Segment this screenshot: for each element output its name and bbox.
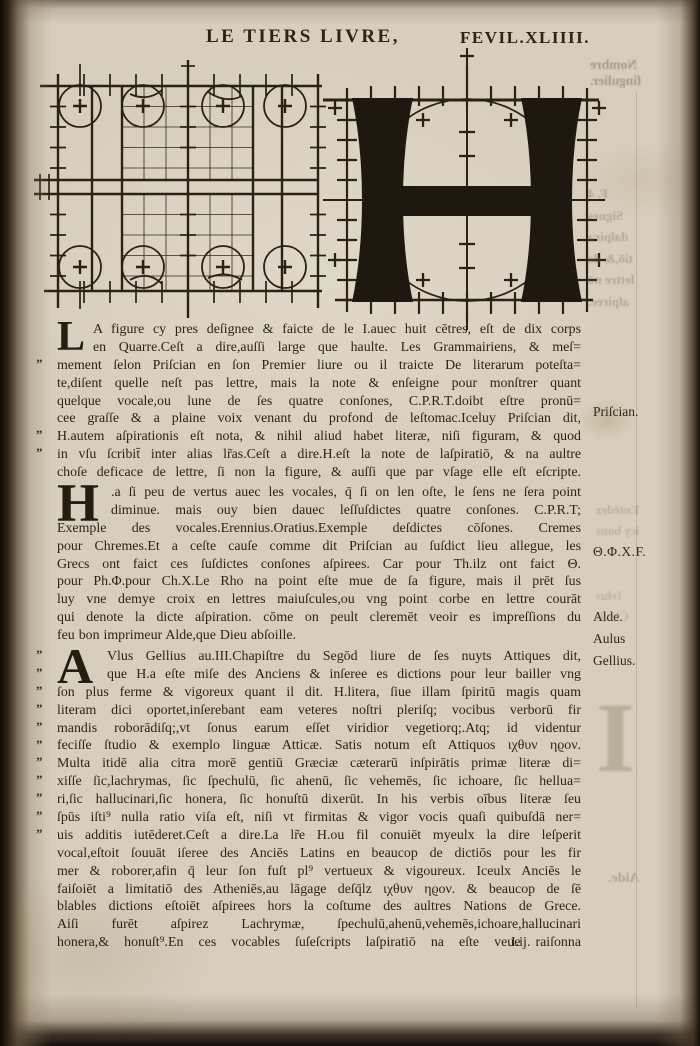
margin-quote-mark: ” bbox=[36, 665, 43, 681]
paragraph: LA figure cy pres deſignee & faicte de l… bbox=[57, 321, 581, 482]
text-line: faiſoiēt a limitatiō des Atheniēs,au lāg… bbox=[57, 881, 581, 899]
text-line: honera,& honuſt⁹.En ces vocables ſuſeſcr… bbox=[57, 934, 581, 952]
drop-cap: A bbox=[57, 646, 93, 687]
text-line: Aiſi furēt aſpirez Lachrymæ, ſpechulū,ah… bbox=[57, 916, 581, 934]
text-line: .a ſi peu de vertus auec les vocales, q̄… bbox=[57, 484, 581, 502]
text-line: literam dici oportet,inſerebant eam vete… bbox=[57, 702, 581, 720]
text-line: en Quarre.Ceſt a dire,auſſi large que ha… bbox=[57, 339, 581, 357]
text-line: ſon plus ferme & vigoreux quant il dit. … bbox=[57, 684, 581, 702]
text-line: feu bon imprimeur Alde,que Dieu abſoille… bbox=[57, 627, 581, 645]
margin-quote-mark: ” bbox=[36, 790, 43, 806]
book-page-scan: LE TIERS LIVRE, FEVIL.XLIIII. bbox=[0, 0, 700, 1046]
margin-quote-mark: ” bbox=[36, 772, 43, 788]
text-line: feciſſe ſtudio & exemplo linguæ Atticæ. … bbox=[57, 737, 581, 755]
letter-h-construction-diagram bbox=[30, 46, 330, 328]
text-line: diminue. mais ouy bien dauec leſſuſdicte… bbox=[57, 502, 581, 520]
drop-cap: H bbox=[57, 481, 99, 525]
text-line: vocal,eſtoit ſouuāt iſeree des Anciēs La… bbox=[57, 845, 581, 863]
text-line: quelque vocale,ou lune de ſes quatre con… bbox=[57, 393, 581, 411]
text-line: mement ſelon Priſcian en ſon Premier liu… bbox=[57, 357, 581, 375]
text-line: pour Ph.Φ.pour Ch.X.Le Rho na point eſte… bbox=[57, 573, 581, 591]
solid-letter-h-diagram bbox=[323, 40, 608, 340]
text-line: A figure cy pres deſignee & faicte de le… bbox=[57, 321, 581, 339]
margin-quote-mark: ” bbox=[36, 826, 43, 842]
margin-quote-mark: ” bbox=[36, 754, 43, 770]
text-line: Exemple des vocales.Erennius.Oratius.Exe… bbox=[57, 520, 581, 538]
text-line: mandis roborādiſq;,vt ſonus earum eſſet … bbox=[57, 720, 581, 738]
bleedthrough-note: Aide. bbox=[608, 871, 640, 887]
margin-quote-mark: ” bbox=[36, 427, 43, 443]
margin-quote-mark: ” bbox=[36, 647, 43, 663]
margin-note: Aulus bbox=[593, 631, 625, 647]
margin-quote-mark: ” bbox=[36, 683, 43, 699]
text-line: in vſu ſcribit̄ inter alias lr̃as.Ceſt a… bbox=[57, 446, 581, 464]
bleedthrough-initial: I bbox=[596, 688, 635, 788]
drop-cap: L bbox=[57, 320, 85, 354]
bleedthrough-note: F. 4Signesdaſpiratiō,& delettre nōaſpire… bbox=[588, 183, 634, 312]
text-line: xiſſe ſic,lachrymas, ſic ſpechulū, ſic a… bbox=[57, 773, 581, 791]
text-line: uis additis iutēderet.Ceſt a dire.La lr̃… bbox=[57, 827, 581, 845]
bleedthrough-note: Entēdezicy bons bbox=[596, 500, 639, 542]
margin-quote-mark: ” bbox=[36, 737, 43, 753]
page-crease bbox=[636, 92, 637, 1007]
margin-note: Priſcian. bbox=[593, 404, 638, 420]
margin-note: Gellius. bbox=[593, 653, 635, 669]
text-line: Multa itidē alia citra morē gentiū Græci… bbox=[57, 755, 581, 773]
text-line: Grecs ont faict ces ſuſdictes conſones a… bbox=[57, 556, 581, 574]
gathering-signature: I.ij. bbox=[511, 935, 530, 951]
text-line: mer & roborer,afin q̄ leur ſon fuſt pl⁹ … bbox=[57, 863, 581, 881]
paragraph: AVlus Gellius au.III.Chapiſtre du Segōd … bbox=[57, 648, 581, 952]
margin-quote-mark: ” bbox=[36, 701, 43, 717]
margin-quote-mark: ” bbox=[36, 719, 43, 735]
text-line: pour Chremes.Et a ceſte cauſe comme dit … bbox=[57, 538, 581, 556]
text-line: choſe deficace de lettre, ſi non la figu… bbox=[57, 464, 581, 482]
margin-note: Θ.Φ.X.F. bbox=[593, 544, 646, 560]
margin-quote-mark: ” bbox=[36, 445, 43, 461]
text-line: ſpūs iſti⁹ nulla ratio viſa eſt, niſi vt… bbox=[57, 809, 581, 827]
text-line: que H.a eſte miſe des Anciens & inſeree … bbox=[57, 666, 581, 684]
text-line: H.autem aſpirationis eſt nota, & nihil a… bbox=[57, 428, 581, 446]
text-line: blables dictions eſtoiēt aſpirees hors l… bbox=[57, 898, 581, 916]
margin-quote-mark: ” bbox=[36, 356, 43, 372]
margin-quote-mark: ” bbox=[36, 808, 43, 824]
text-line: ri,ſic hallucinari,ſic honera, ſic honuſ… bbox=[57, 791, 581, 809]
text-line: cee graſſe & a plaine voix venant du pro… bbox=[57, 410, 581, 428]
text-line: luy vne demye croix en lettres maiuſcule… bbox=[57, 591, 581, 609]
paragraph: H.a ſi peu de vertus auec les vocales, q… bbox=[57, 484, 581, 645]
bleedthrough-note: IeſusChriſt bbox=[596, 586, 629, 628]
bleedthrough-note: Nombreſingulier. bbox=[590, 57, 641, 89]
text-line: Vlus Gellius au.III.Chapiſtre du Segōd l… bbox=[57, 648, 581, 666]
text-line: te,diſent quelle neſt pas lettre, mais l… bbox=[57, 375, 581, 393]
text-line: qui denote la dicte aſpiration. cōme on … bbox=[57, 609, 581, 627]
